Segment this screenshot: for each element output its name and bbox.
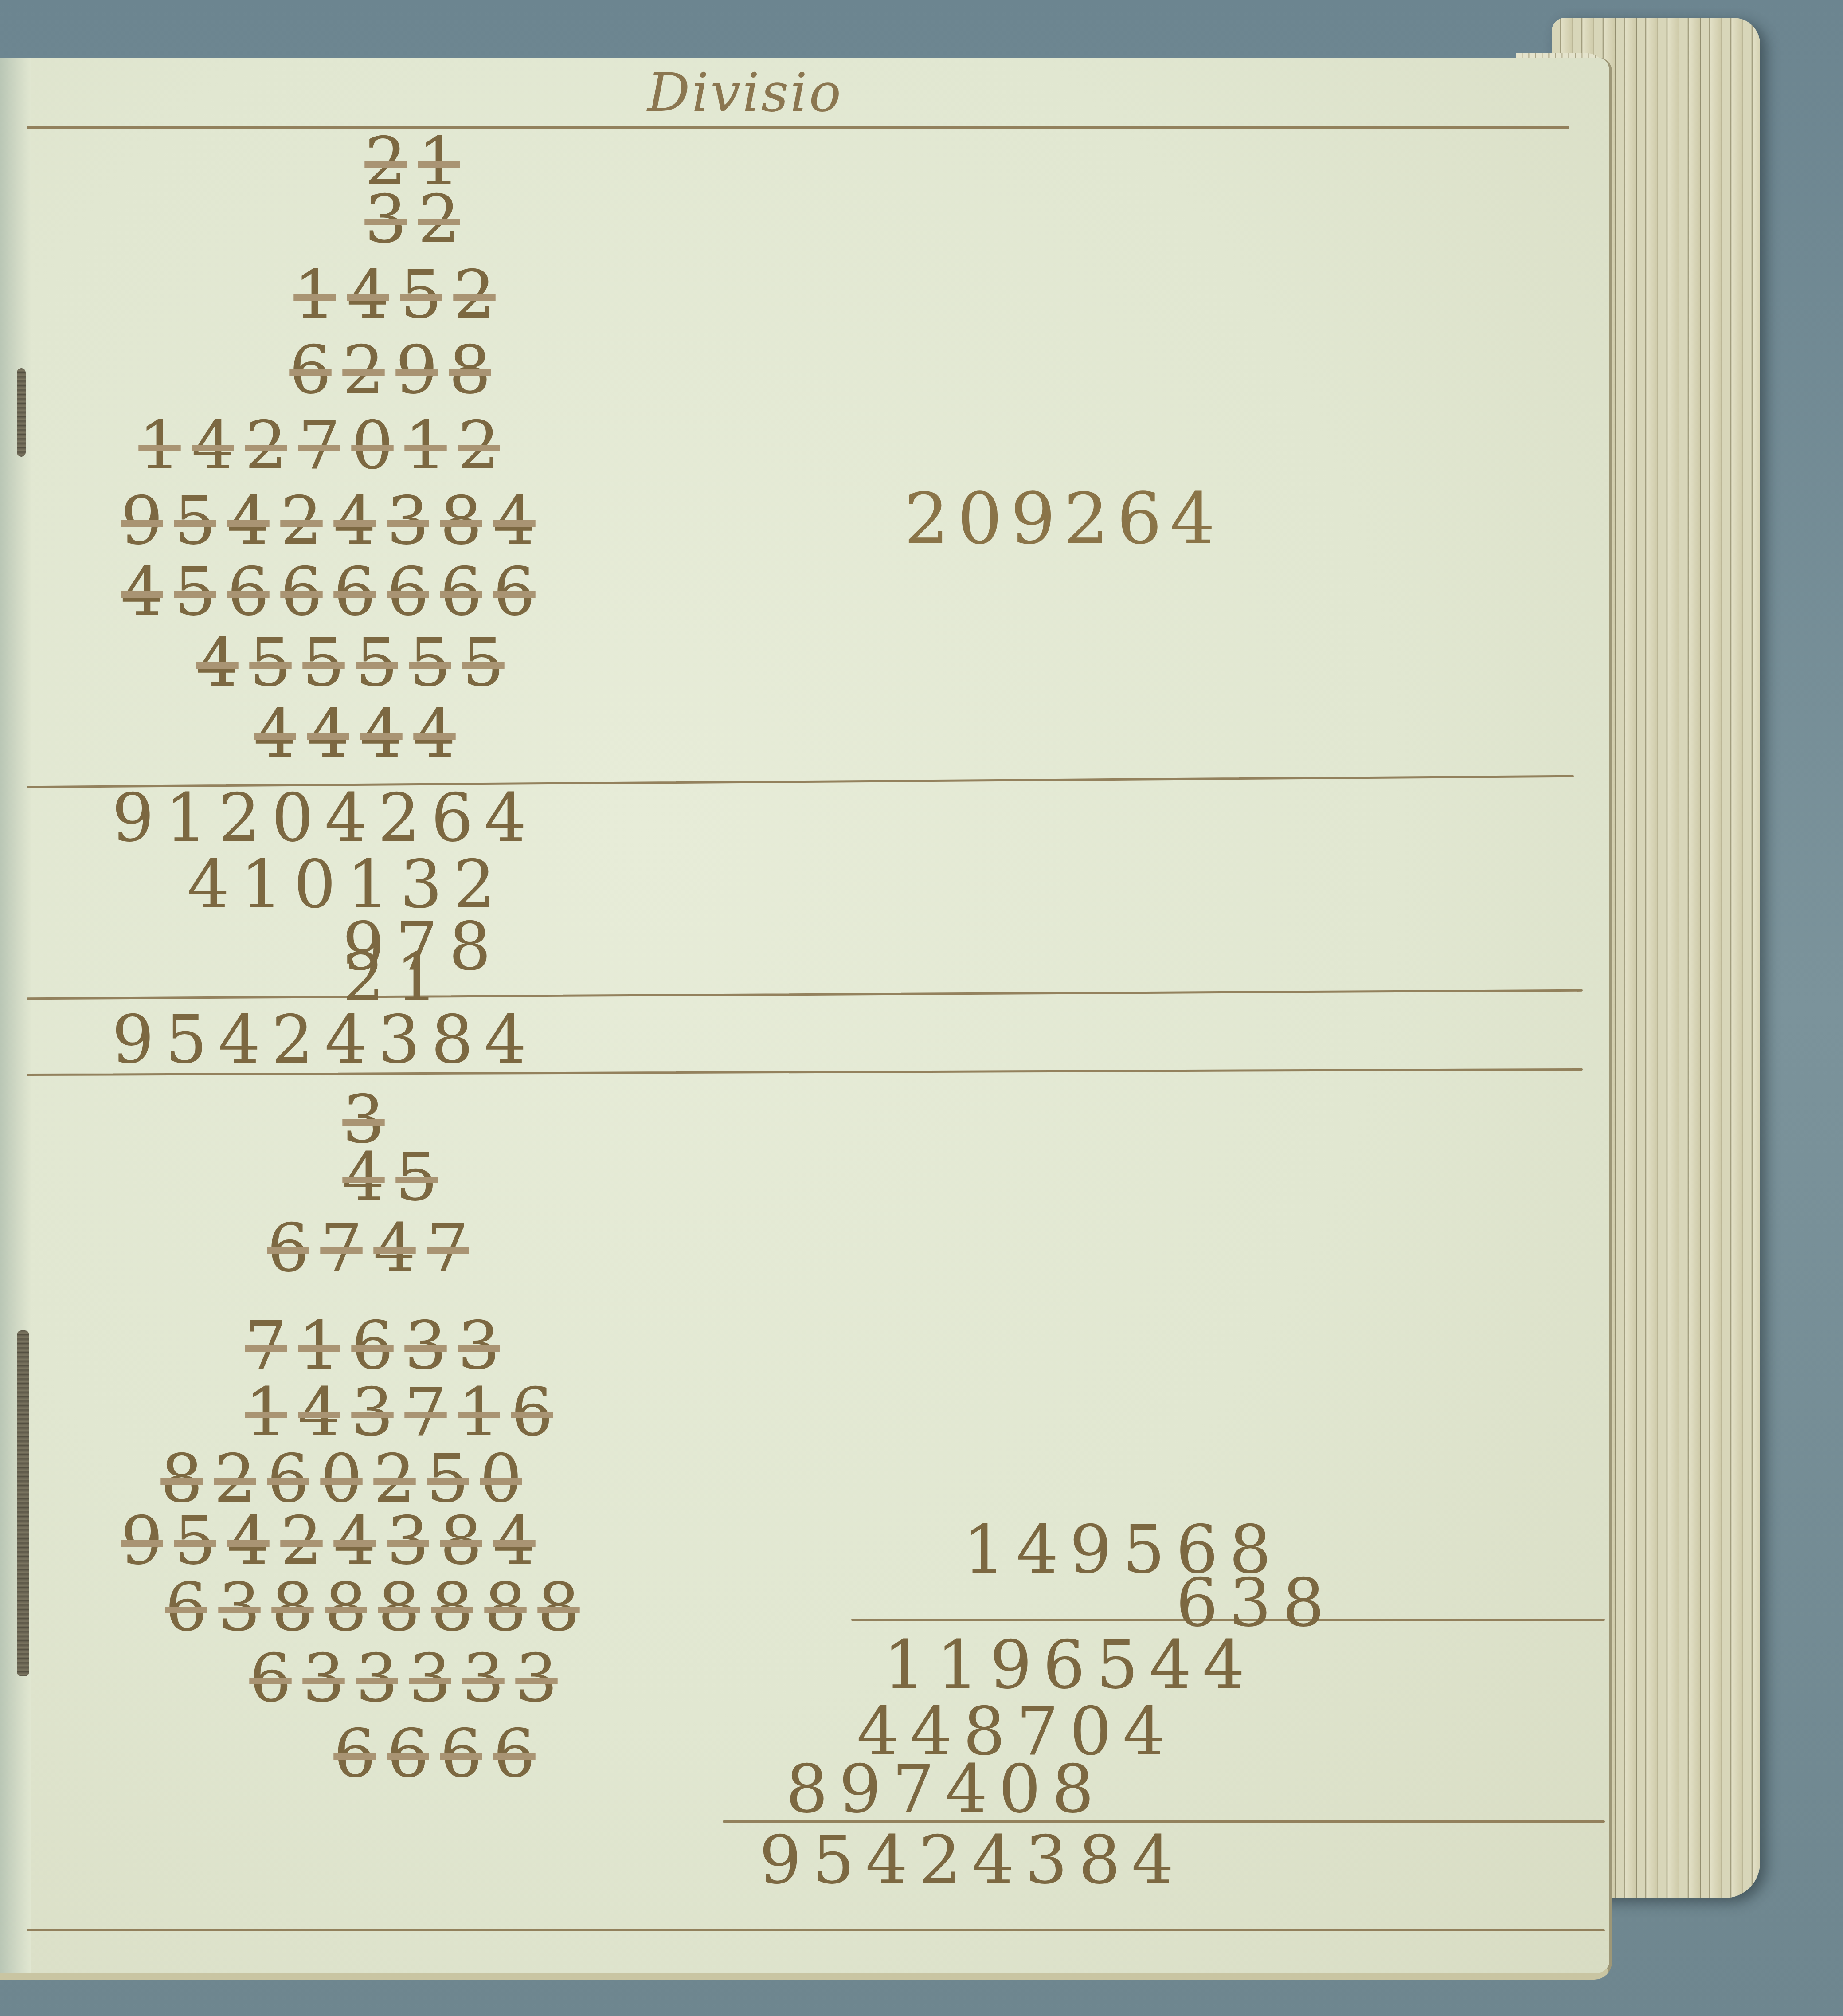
partial-product-row: 1196544 (878, 1632, 1250, 1698)
footer-rule (27, 1929, 1605, 1931)
scratch-row: 6747 (262, 1215, 474, 1282)
partial-product-row: 897408 (780, 1756, 1100, 1823)
divisor-row: 6666 (328, 1721, 541, 1787)
upper-quotient: 209264 (900, 483, 1219, 554)
divisor-row: 45666666 (115, 559, 541, 625)
divisor-row: 63888888 (160, 1574, 585, 1641)
dividend-row: 95424384 (115, 488, 541, 554)
binding-thread-upper (17, 368, 26, 457)
scratch-row: 32 (359, 186, 466, 253)
scratch-row: 71633 (239, 1313, 505, 1379)
scratch-row: 1452 (288, 262, 501, 328)
scratch-row: 6298 (284, 337, 497, 404)
divisor-row: 455555 (191, 630, 510, 696)
product-row: 95424384 (754, 1827, 1179, 1894)
divisor-row: 4444 (248, 701, 461, 767)
multiplier-row: 638 (1170, 1570, 1330, 1636)
page-heading: Divisio (647, 62, 843, 124)
check-total: 95424384 (106, 1007, 532, 1073)
dividend-row: 95424384 (115, 1508, 541, 1574)
header-rule (27, 126, 1569, 129)
scratch-row: 45 (337, 1144, 443, 1211)
scratch-row: 1427012 (133, 412, 505, 479)
scratch-row: 143716 (239, 1379, 559, 1446)
check-row: 91204264 (106, 785, 532, 851)
divisor-row: 633333 (244, 1645, 563, 1712)
binding-gutter (0, 58, 31, 1973)
binding-thread-lower (17, 1330, 29, 1676)
